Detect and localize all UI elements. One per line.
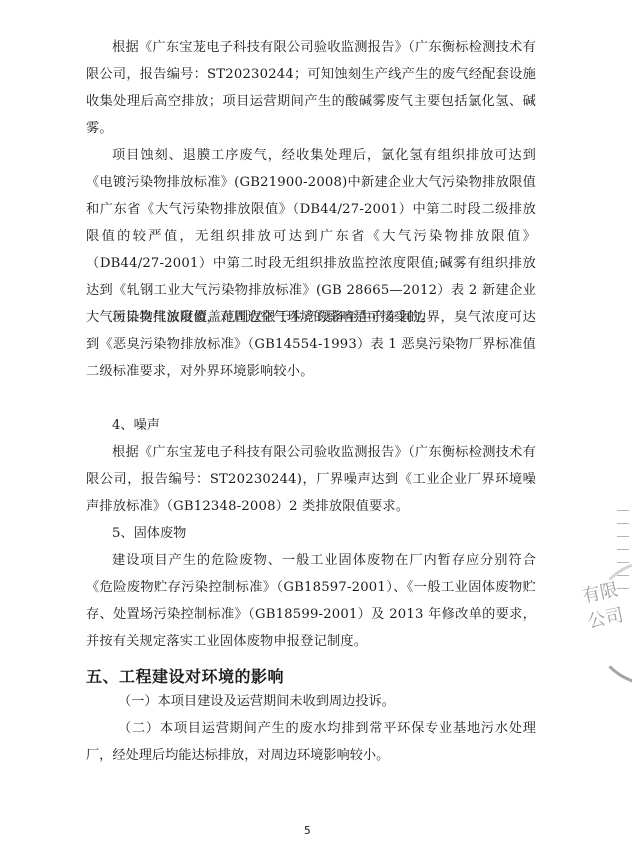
impact-item-2: （二）本项目运营期间产生的废水均排到常平环保专业基地污水处理厂，经处理后均能达标… — [86, 715, 536, 769]
paragraph-solid-waste: 建设项目产生的危险废物、一般工业固体废物在厂内暂存应分别符合《危险废物贮存污染控… — [86, 547, 536, 655]
paragraph-odor: 项目臭气浓度覆盖范围仅限于生产设备至生产车间边界，臭气浓度可达到《恶臭污染物排放… — [86, 304, 536, 385]
page-edge-marks — [617, 510, 629, 630]
section-title-solid-waste: 5、固体废物 — [112, 520, 186, 547]
section-heading-environmental-impact: 五、工程建设对环境的影响 — [86, 664, 284, 687]
section-title-noise: 4、噪声 — [112, 412, 160, 439]
document-page: 根据《广东宝茏电子科技有限公司验收监测报告》（广东衡标检测技术有限公司，报告编号… — [0, 0, 632, 858]
paragraph-acceptance-report: 根据《广东宝茏电子科技有限公司验收监测报告》（广东衡标检测技术有限公司，报告编号… — [86, 34, 536, 142]
page-number: 5 — [304, 824, 311, 837]
paragraph-noise: 根据《广东宝茏电子科技有限公司验收监测报告》（广东衡标检测技术有限公司，报告编号… — [86, 439, 536, 520]
paragraph-etching-exhaust: 项目蚀刻、退膜工序废气，经收集处理后，氯化氢有组织排放可达到《电镀污染物排放标准… — [86, 142, 536, 331]
impact-item-1: （一）本项目建设及运营期间未收到周边投诉。 — [86, 688, 536, 715]
